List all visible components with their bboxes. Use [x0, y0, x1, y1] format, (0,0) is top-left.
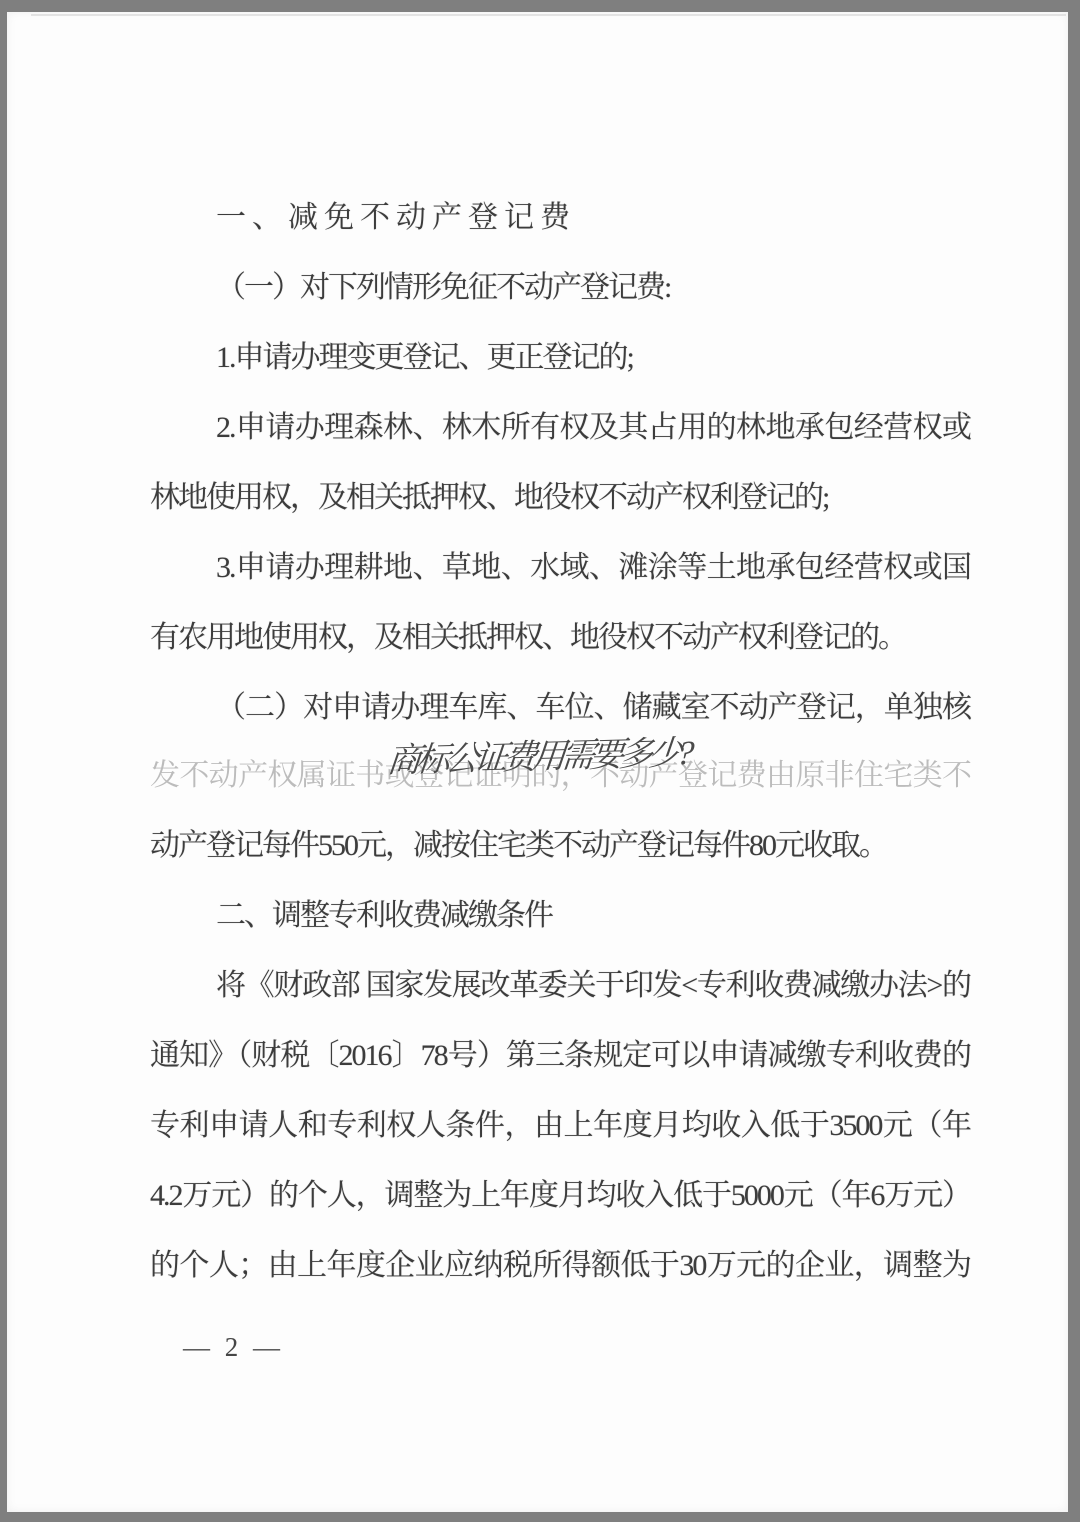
document-line: 1.申请办理变更登记、更正登记的;	[150, 338, 970, 378]
subsection-heading: （一）对下列情形免征不动产登记费:	[150, 268, 970, 308]
document-line: 将《财政部 国家发展改革委关于印发<专利收费减缴办法>的	[150, 966, 970, 1006]
document-line: 动产登记每件550元，减按住宅类不动产登记每件80元收取。	[150, 826, 970, 866]
document-line: 4.2万元）的个人，调整为上年度月均收入低于5000元（年6万元）	[150, 1176, 970, 1216]
document-line: 的个人；由上年度企业应纳税所得额低于30万元的企业，调整为	[150, 1246, 970, 1286]
section-heading-1: 一、减免不动产登记费	[150, 198, 970, 238]
handwritten-watermark: 商标公证费用需要多少?	[385, 732, 691, 784]
document-line: 通知》（财税〔2016〕78号）第三条规定可以申请减缴专利收费的	[150, 1036, 970, 1076]
page-number: — 2 —	[183, 1332, 284, 1363]
document-page: 一、减免不动产登记费 （一）对下列情形免征不动产登记费: 1.申请办理变更登记、…	[7, 12, 1068, 1512]
document-line: （二）对申请办理车库、车位、储藏室不动产登记，单独核	[150, 688, 970, 728]
section-heading-2: 二、调整专利收费减缴条件	[150, 896, 970, 936]
document-line: 林地使用权，及相关抵押权、地役权不动产权利登记的;	[150, 478, 970, 518]
document-line: 有农用地使用权，及相关抵押权、地役权不动产权利登记的。	[150, 618, 970, 658]
document-line: 专利申请人和专利权人条件，由上年度月均收入低于3500元（年	[150, 1106, 970, 1146]
document-line: 3.申请办理耕地、草地、水域、滩涂等土地承包经营权或国	[150, 548, 970, 588]
document-line: 2.申请办理森林、林木所有权及其占用的林地承包经营权或	[150, 408, 970, 448]
scan-background: 一、减免不动产登记费 （一）对下列情形免征不动产登记费: 1.申请办理变更登记、…	[0, 0, 1080, 1522]
